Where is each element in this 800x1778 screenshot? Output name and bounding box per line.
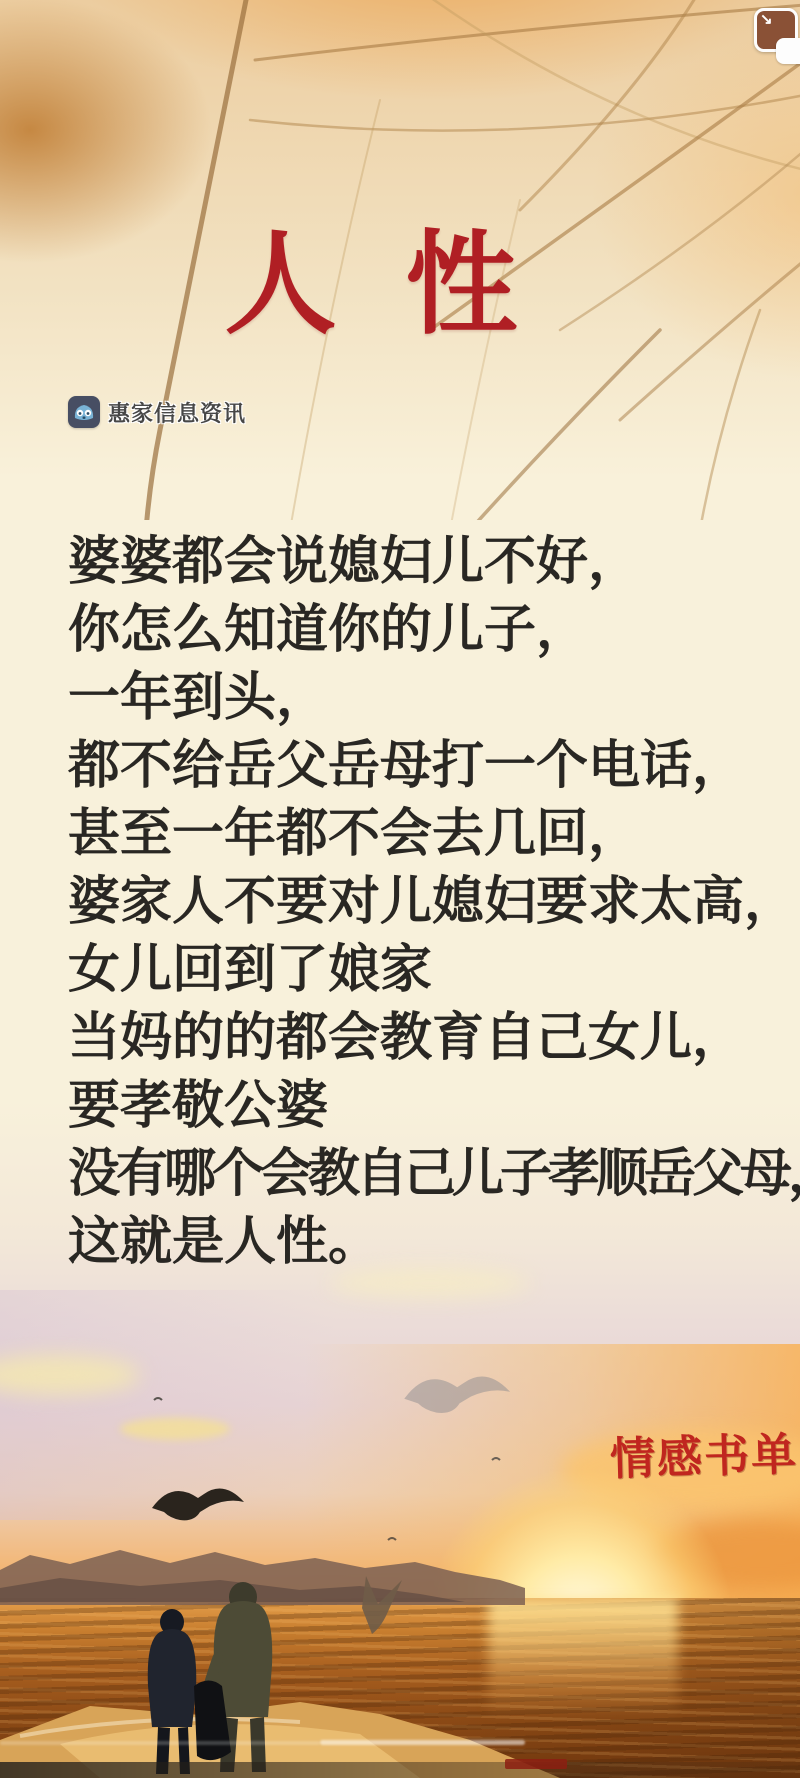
seagull-faint xyxy=(404,1376,510,1413)
quote-line: 没有哪个会教自己儿子孝顺岳父母， xyxy=(68,1140,800,1208)
quote-line: 要孝敬公婆 xyxy=(68,1072,800,1140)
bird-speck xyxy=(388,1538,396,1540)
quote-line: 这就是人性。 xyxy=(68,1208,800,1276)
quote-line: 婆婆都会说媳妇儿不好， xyxy=(68,528,800,596)
picture-in-picture-icon[interactable]: ↘ xyxy=(748,8,800,68)
quote-line: 当妈的的都会教育自己女儿， xyxy=(68,1004,800,1072)
quote-line: 你怎么知道你的儿子， xyxy=(68,596,800,664)
light-scratch-line xyxy=(0,1741,320,1745)
quote-line: 都不给岳父岳母打一个电话， xyxy=(68,732,800,800)
bird-speck xyxy=(154,1398,162,1400)
quote-line: 甚至一年都不会去几回， xyxy=(68,800,800,868)
watermark-label: 惠家信息资讯 xyxy=(108,397,246,428)
quote-poster-page: ↘ 人 性 惠家信息资讯 婆婆都会说媳妇儿不好， 你怎么知道你的儿子， 一年到头… xyxy=(0,0,800,1778)
seagull-large xyxy=(152,1489,244,1521)
light-scratch-line xyxy=(320,1740,525,1745)
quote-body: 婆婆都会说媳妇儿不好， 你怎么知道你的儿子， 一年到头， 都不给岳父岳母打一个电… xyxy=(68,528,800,1276)
watermark: 惠家信息资讯 xyxy=(68,396,246,428)
bird-speck xyxy=(492,1458,500,1460)
pip-sub-frame xyxy=(776,38,800,64)
pip-arrow-glyph: ↘ xyxy=(760,11,773,29)
quote-line: 婆家人不要对儿媳妇要求太高， xyxy=(68,868,800,936)
bottom-shadow-band xyxy=(0,1762,800,1778)
red-marker xyxy=(505,1759,567,1769)
quote-line: 女儿回到了娘家 xyxy=(68,936,800,1004)
page-title: 人 性 xyxy=(0,226,772,344)
emotion-booklist-stamp: 情感书单 xyxy=(609,1418,799,1488)
couple-silhouette xyxy=(148,1582,272,1774)
quote-line: 一年到头， xyxy=(68,664,800,732)
robot-avatar-icon xyxy=(68,396,100,428)
